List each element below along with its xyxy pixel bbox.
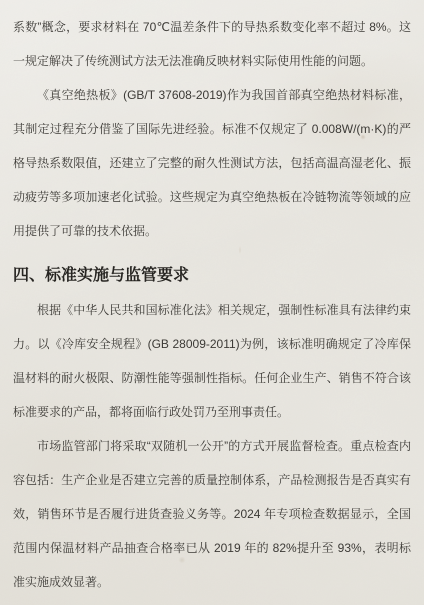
document-content: 系数”概念，要求材料在 70℃温差条件下的导热系数变化率不超过 8%。这一规定解… — [13, 10, 411, 599]
section-heading-implementation-supervision: 四、标准实施与监管要求 — [13, 259, 411, 293]
paragraph-legal-enforcement: 根据《中华人民共和国标准化法》相关规定，强制性标准具有法律约束力。以《冷库安全规… — [13, 293, 411, 429]
paragraph-thermal-coefficient-rule: 系数”概念，要求材料在 70℃温差条件下的导热系数变化率不超过 8%。这一规定解… — [13, 10, 411, 78]
paragraph-vacuum-insulation-standard: 《真空绝热板》(GB/T 37608-2019)作为我国首部真空绝热材料标准，其… — [13, 78, 411, 248]
document-page: 系数”概念，要求材料在 70℃温差条件下的导热系数变化率不超过 8%。这一规定解… — [0, 0, 424, 605]
paragraph-market-supervision-inspection: 市场监管部门将采取“双随机一公开”的方式开展监督检查。重点检查内容包括：生产企业… — [13, 429, 411, 599]
